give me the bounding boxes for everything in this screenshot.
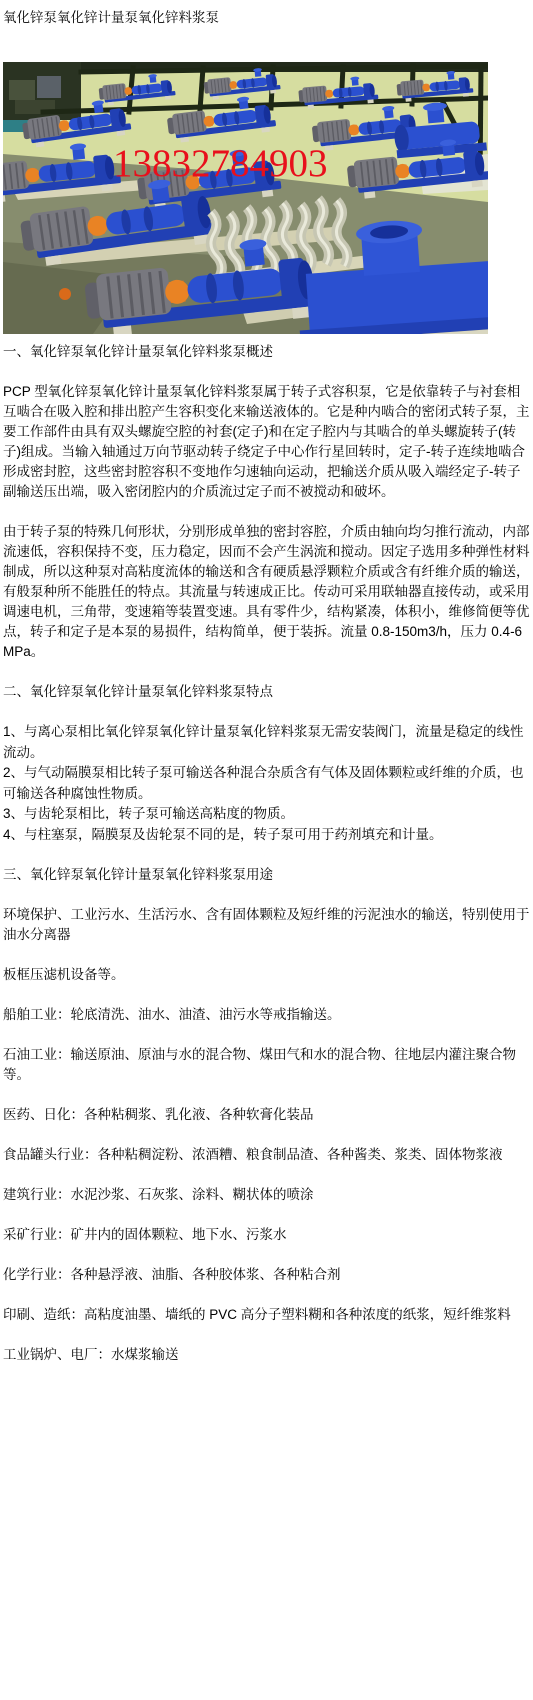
feature-item-3: 3、与齿轮泵相比，转子泵可输送高粘度的物质。 — [3, 804, 532, 825]
product-photo: 13832784903 — [3, 62, 488, 334]
section-overview-heading: 一、氧化锌泵氧化锌计量泵氧化锌料浆泵概述 — [3, 342, 532, 362]
feature-item-1: 1、与离心泵相比氧化锌泵氧化锌计量泵氧化锌料浆泵无需安装阀门，流量是稳定的线性流… — [3, 722, 532, 763]
use-environment: 环境保护、工业污水、生活污水、含有固体颗粒及短纤维的污泥浊水的输送，特别使用于油… — [3, 905, 532, 945]
feature-list: 1、与离心泵相比氧化锌泵氧化锌计量泵氧化锌料浆泵无需安装阀门，流量是稳定的线性流… — [3, 722, 532, 845]
pumps-photo-illustration — [3, 62, 488, 334]
use-filter-press: 板框压滤机设备等。 — [3, 965, 532, 985]
section-features: 二、氧化锌泵氧化锌计量泵氧化锌料浆泵特点 1、与离心泵相比氧化锌泵氧化锌计量泵氧… — [3, 682, 532, 845]
watermark-phone-number: 13832784903 — [113, 144, 328, 183]
section-overview: 一、氧化锌泵氧化锌计量泵氧化锌料浆泵概述 PCP 型氧化锌泵氧化锌计量泵氧化锌料… — [3, 342, 532, 662]
use-chemical: 化学行业：各种悬浮液、油脂、各种胶体浆、各种粘合剂 — [3, 1265, 532, 1285]
page-title: 氧化锌泵氧化锌计量泵氧化锌料浆泵 — [3, 8, 532, 28]
section-features-heading: 二、氧化锌泵氧化锌计量泵氧化锌料浆泵特点 — [3, 682, 532, 702]
use-construction: 建筑行业：水泥沙浆、石灰浆、涂料、糊状体的喷涂 — [3, 1185, 532, 1205]
feature-item-2: 2、与气动隔膜泵相比转子泵可输送各种混合杂质含有气体及固体颗粒或纤维的介质，也可… — [3, 763, 532, 804]
use-petroleum: 石油工业：输送原油、原油与水的混合物、煤田气和水的混合物、往地层内灌注聚合物等。 — [3, 1045, 532, 1085]
use-shipbuilding: 船舶工业：轮底清洗、油水、油渣、油污水等戒指输送。 — [3, 1005, 532, 1025]
overview-paragraph-1: PCP 型氧化锌泵氧化锌计量泵氧化锌料浆泵属于转子式容积泵，它是依靠转子与衬套相… — [3, 382, 532, 502]
document-page: 氧化锌泵氧化锌计量泵氧化锌料浆泵 — [0, 0, 533, 1365]
overview-paragraph-2: 由于转子泵的特殊几何形状，分别形成单独的密封容腔，介质由轴向均匀推行流动，内部流… — [3, 522, 532, 662]
section-uses: 三、氧化锌泵氧化锌计量泵氧化锌料浆泵用途 环境保护、工业污水、生活污水、含有固体… — [3, 865, 532, 1365]
section-uses-heading: 三、氧化锌泵氧化锌计量泵氧化锌料浆泵用途 — [3, 865, 532, 885]
feature-item-4: 4、与柱塞泵，隔膜泵及齿轮泵不同的是，转子泵可用于药剂填充和计量。 — [3, 825, 532, 846]
use-printing-paper: 印刷、造纸：高粘度油墨、墙纸的 PVC 高分子塑料糊和各种浓度的纸浆，短纤维浆料 — [3, 1305, 532, 1325]
use-food-canning: 食品罐头行业：各种粘稠淀粉、浓酒糟、粮食制品渣、各种酱类、浆类、固体物浆液 — [3, 1145, 532, 1165]
use-pharma: 医药、日化：各种粘稠浆、乳化液、各种软膏化装品 — [3, 1105, 532, 1125]
use-mining: 采矿行业：矿井内的固体颗粒、地下水、污浆水 — [3, 1225, 532, 1245]
use-boiler-power: 工业锅炉、电厂：水煤浆输送 — [3, 1345, 532, 1365]
